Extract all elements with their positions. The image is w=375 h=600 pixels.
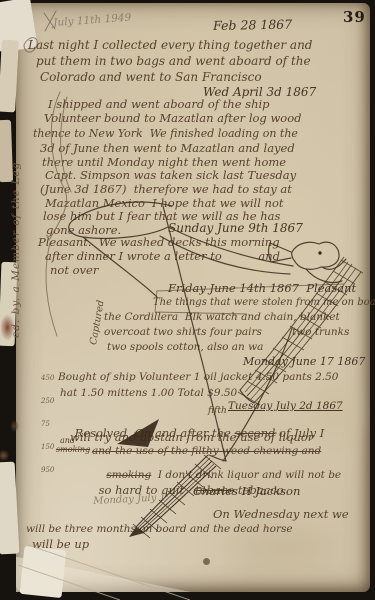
diary-page-photo: 39 July 11th 1949 Monday July 1 ed. by. … bbox=[0, 0, 375, 600]
handwritten-line: will be three months on board and the de… bbox=[26, 524, 293, 535]
date-heading: Friday June 14th 1867 Pleasant bbox=[168, 283, 356, 295]
handwritten-line: Colorado and went to San Francisco bbox=[40, 71, 262, 83]
margin-vertical-note: ed. by. a Member of the Leg bbox=[11, 162, 22, 338]
page-number: 39 bbox=[343, 8, 366, 26]
handwritten-line: there until Monday night then went home bbox=[42, 157, 286, 169]
handwritten-line: Bought of ship Volunteer 1 oil jacket 4.… bbox=[58, 372, 339, 383]
date-heading: Monday June 17 1867 bbox=[243, 356, 365, 367]
handwritten-line: will try and abstain from the use of liq… bbox=[70, 432, 313, 444]
handwritten-line: after dinner I wrote a letter to and bbox=[45, 251, 280, 263]
handwritten-line: Volunteer bound to Mazatlan after log wo… bbox=[44, 113, 302, 125]
resolution-line5: so hard to quit bbox=[99, 483, 196, 497]
calc-value: 75 bbox=[41, 420, 54, 429]
inserted-word: fifth bbox=[208, 407, 227, 416]
strikethrough-line: and the use of the filthy weed chewing a… bbox=[92, 446, 321, 457]
calc-value: 250 bbox=[41, 397, 54, 406]
handwritten-line: Capt. Simpson was taken sick last Tuesda… bbox=[45, 170, 296, 182]
signature: Charles H Jackson bbox=[193, 486, 300, 498]
handwritten-line: the Cordillera Blk watch and chain, blan… bbox=[104, 312, 340, 323]
handwritten-line: Last night I collected every thing toget… bbox=[28, 39, 312, 51]
handwritten-line: overcoat two shirts four pairs two trunk… bbox=[104, 327, 349, 338]
date-heading: Feb 28 1867 bbox=[213, 19, 292, 33]
margin-calc-column: 450 250 75 150 950 bbox=[41, 360, 54, 489]
calc-value: 450 bbox=[41, 374, 54, 383]
handwritten-line: not over bbox=[50, 265, 98, 277]
calc-value: 950 bbox=[41, 466, 54, 475]
ink-blot bbox=[10, 420, 19, 432]
handwritten-line: put them in two bags and went aboard of … bbox=[36, 55, 311, 67]
handwritten-line: Pleasant. We washed decks this morning bbox=[38, 237, 280, 249]
ink-blot bbox=[203, 558, 210, 565]
calc-value: 150 bbox=[41, 443, 54, 452]
handwritten-line: two spools cotton, also an wa bbox=[107, 342, 263, 353]
ink-blot bbox=[0, 450, 9, 461]
date-heading: Sunday June 9th 1867 bbox=[168, 222, 303, 234]
handwritten-line: 3d of June then went to Mazatlan and lay… bbox=[40, 143, 295, 155]
handwritten-line: hat 1.50 mittens 1.00 Total $9.50 bbox=[60, 388, 237, 399]
handwritten-line: will be up bbox=[32, 539, 89, 551]
date-heading: Tuesday July 2d 1867 bbox=[228, 401, 343, 412]
handwritten-line: Mazatlan Mexico I hope that we will not bbox=[45, 198, 284, 210]
handwritten-line: thence to New York We finished loading o… bbox=[33, 128, 298, 139]
handwritten-line: The things that were stolen from me on b… bbox=[153, 298, 375, 308]
handwritten-line: On Wednesday next we bbox=[213, 509, 349, 521]
handwritten-line: (June 3d 1867) therefore we had to stay … bbox=[40, 184, 292, 196]
handwritten-line: I shipped and went aboard of the ship bbox=[48, 99, 270, 111]
